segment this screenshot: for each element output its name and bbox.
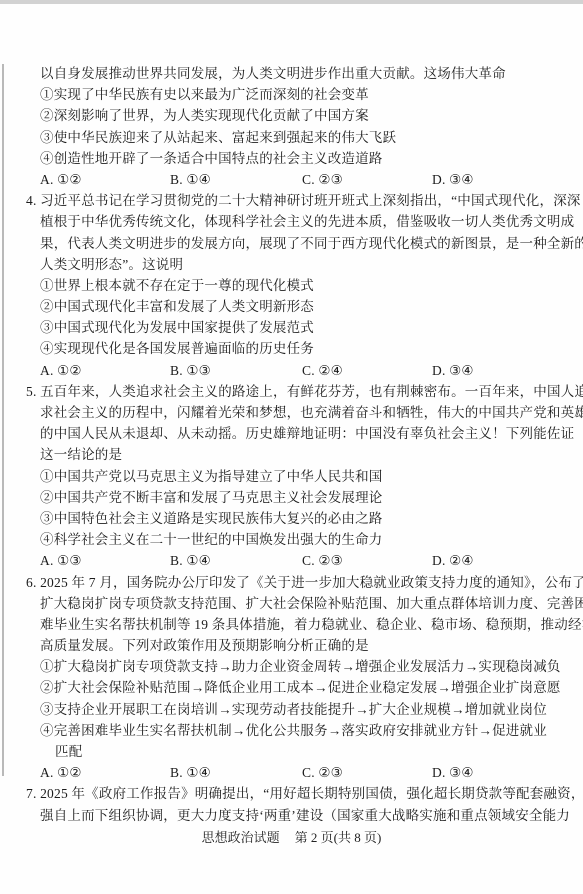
choice-c: C. ②③ [302, 169, 432, 190]
choice-b: B. ①④ [170, 762, 302, 783]
choice-a: A. ①② [40, 169, 170, 190]
question-6-stem-line: 扩大稳岗扩岗专项贷款支持范围、扩大社会保险补贴范围、加大重点群体培训力度、完善困 [26, 593, 558, 614]
question-6-stem-line: 难毕业生实名帮扶机制等 19 条具体措施，着力稳就业、稳企业、稳市场、稳预期，推… [26, 614, 558, 635]
choice-c: C. ②④ [302, 360, 432, 381]
question-3-option-4: ④创造性地开辟了一条适合中国特点的社会主义改造道路 [26, 148, 558, 169]
question-4-stem-line: 植根于中华优秀传统文化，体现科学社会主义的先进本质，借鉴吸收一切人类优秀文明成 [26, 211, 558, 232]
question-5-stem-line: 5. 五百年来，人类追求社会主义的路途上，有鲜花芬芳，也有荆棘密布。一百年来，中… [26, 381, 558, 402]
choice-d: D. ③④ [432, 169, 474, 190]
question-6-option-1: ①扩大稳岗扩岗专项贷款支持→助力企业资金周转→增强企业发展活力→实现稳岗减负 [26, 656, 558, 677]
question-4-option-2: ②中国式现代化丰富和发展了人类文明新形态 [26, 296, 558, 317]
exam-content: 以自身发展推动世界共同发展，为人类文明进步作出重大贡献。这场伟大革命 ①实现了中… [26, 63, 558, 826]
question-4-stem-line: 4. 习近平总书记在学习贯彻党的二十大精神研讨班开班式上深刻指出，“中国式现代化… [26, 190, 558, 211]
question-3-option-1: ①实现了中华民族有史以来最为广泛而深刻的社会变革 [26, 84, 558, 105]
choice-a: A. ①③ [40, 550, 170, 571]
question-5-stem-line: 求社会主义的历程中，闪耀着光荣和梦想，也充满着奋斗和牺牲，伟大的中国共产党和英雄 [26, 402, 558, 423]
question-6: 6. 2025 年 7 月，国务院办公厅印发了《关于进一步加大稳就业政策支持力度… [26, 572, 558, 784]
question-5-option-1: ①中国共产党以马克思主义为指导建立了中华人民共和国 [26, 466, 558, 487]
question-4-choice-row: A. ①② B. ①③ C. ②④ D. ③④ [26, 360, 558, 381]
question-7-stem-line: 7. 2025 年《政府工作报告》明确提出，“用好超长期特别国债，强化超长期贷款… [26, 783, 558, 804]
question-5-option-2: ②中国共产党不断丰富和发展了马克思主义社会发展理论 [26, 487, 558, 508]
scan-edge-left [2, 64, 4, 776]
choice-a: A. ①② [40, 360, 170, 381]
question-4-stem-line: 人类文明形态”。这说明 [26, 254, 558, 275]
question-5: 5. 五百年来，人类追求社会主义的路途上，有鲜花芬芳，也有荆棘密布。一百年来，中… [26, 381, 558, 572]
question-6-option-2: ②扩大社会保险补贴范围→降低企业用工成本→促进企业稳定发展→增强企业扩岗意愿 [26, 677, 558, 698]
exam-page: 以自身发展推动世界共同发展，为人类文明进步作出重大贡献。这场伟大革命 ①实现了中… [0, 0, 583, 894]
choice-d: D. ②④ [432, 550, 474, 571]
choice-a: A. ①② [40, 762, 170, 783]
question-6-stem-line: 6. 2025 年 7 月，国务院办公厅印发了《关于进一步加大稳就业政策支持力度… [26, 572, 558, 593]
question-3-choice-row: A. ①② B. ①④ C. ②③ D. ③④ [26, 169, 558, 190]
question-4-stem-line: 果，代表人类文明进步的发展方向，展现了不同于西方现代化模式的新图景，是一种全新的 [26, 233, 558, 254]
question-4-option-1: ①世界上根本就不存在定于一尊的现代化模式 [26, 275, 558, 296]
choice-d: D. ③④ [432, 762, 474, 783]
question-6-choice-row: A. ①② B. ①④ C. ②③ D. ③④ [26, 762, 558, 783]
choice-b: B. ①③ [170, 360, 302, 381]
choice-c: C. ②③ [302, 762, 432, 783]
question-5-option-3: ③中国特色社会主义道路是实现民族伟大复兴的必由之路 [26, 508, 558, 529]
question-3: 以自身发展推动世界共同发展，为人类文明进步作出重大贡献。这场伟大革命 ①实现了中… [26, 63, 558, 190]
question-3-option-3: ③使中华民族迎来了从站起来、富起来到强起来的伟大飞跃 [26, 127, 558, 148]
scan-edge-top [0, 0, 583, 4]
footer-page-number: 第 2 页(共 8 页) [295, 827, 382, 846]
question-6-option-4-wrap: 匹配 [26, 741, 558, 762]
question-3-option-2: ②深刻影响了世界，为人类实现现代化贡献了中国方案 [26, 105, 558, 126]
question-5-choice-row: A. ①③ B. ①④ C. ②③ D. ②④ [26, 550, 558, 571]
question-4-option-3: ③中国式现代化为发展中国家提供了发展范式 [26, 317, 558, 338]
choice-d: D. ③④ [432, 360, 474, 381]
question-7: 7. 2025 年《政府工作报告》明确提出，“用好超长期特别国债，强化超长期贷款… [26, 783, 558, 825]
question-5-option-4: ④科学社会主义在二十一世纪的中国焕发出强大的生命力 [26, 529, 558, 550]
footer-exam-title: 思想政治试题 [202, 827, 280, 846]
choice-b: B. ①④ [170, 169, 302, 190]
question-6-stem-line: 高质量发展。下列对政策作用及预期影响分析正确的是 [26, 635, 558, 656]
question-6-option-4: ④完善困难毕业生实名帮扶机制→优化公共服务→落实政府安排就业方针→促进就业 [26, 720, 558, 741]
question-7-stem-line: 强自上而下组织协调，更大力度支持‘两重’建设（国家重大战略实施和重点领域安全能力 [26, 805, 558, 826]
question-4: 4. 习近平总书记在学习贯彻党的二十大精神研讨班开班式上深刻指出，“中国式现代化… [26, 190, 558, 381]
question-5-stem-line: 这一结论的是 [26, 444, 558, 465]
question-3-stem-tail: 以自身发展推动世界共同发展，为人类文明进步作出重大贡献。这场伟大革命 [26, 63, 558, 84]
question-5-stem-line: 的中国人民从未退却、从未动摇。历史雄辩地证明：中国没有辜负社会主义！下列能佐证 [26, 423, 558, 444]
choice-c: C. ②③ [302, 550, 432, 571]
question-6-option-3: ③支持企业开展职工在岗培训→实现劳动者技能提升→扩大企业规模→增加就业岗位 [26, 699, 558, 720]
choice-b: B. ①④ [170, 550, 302, 571]
question-4-option-4: ④实现现代化是各国发展普遍面临的历史任务 [26, 338, 558, 359]
page-footer: 思想政治试题 第 2 页(共 8 页) [0, 827, 583, 846]
